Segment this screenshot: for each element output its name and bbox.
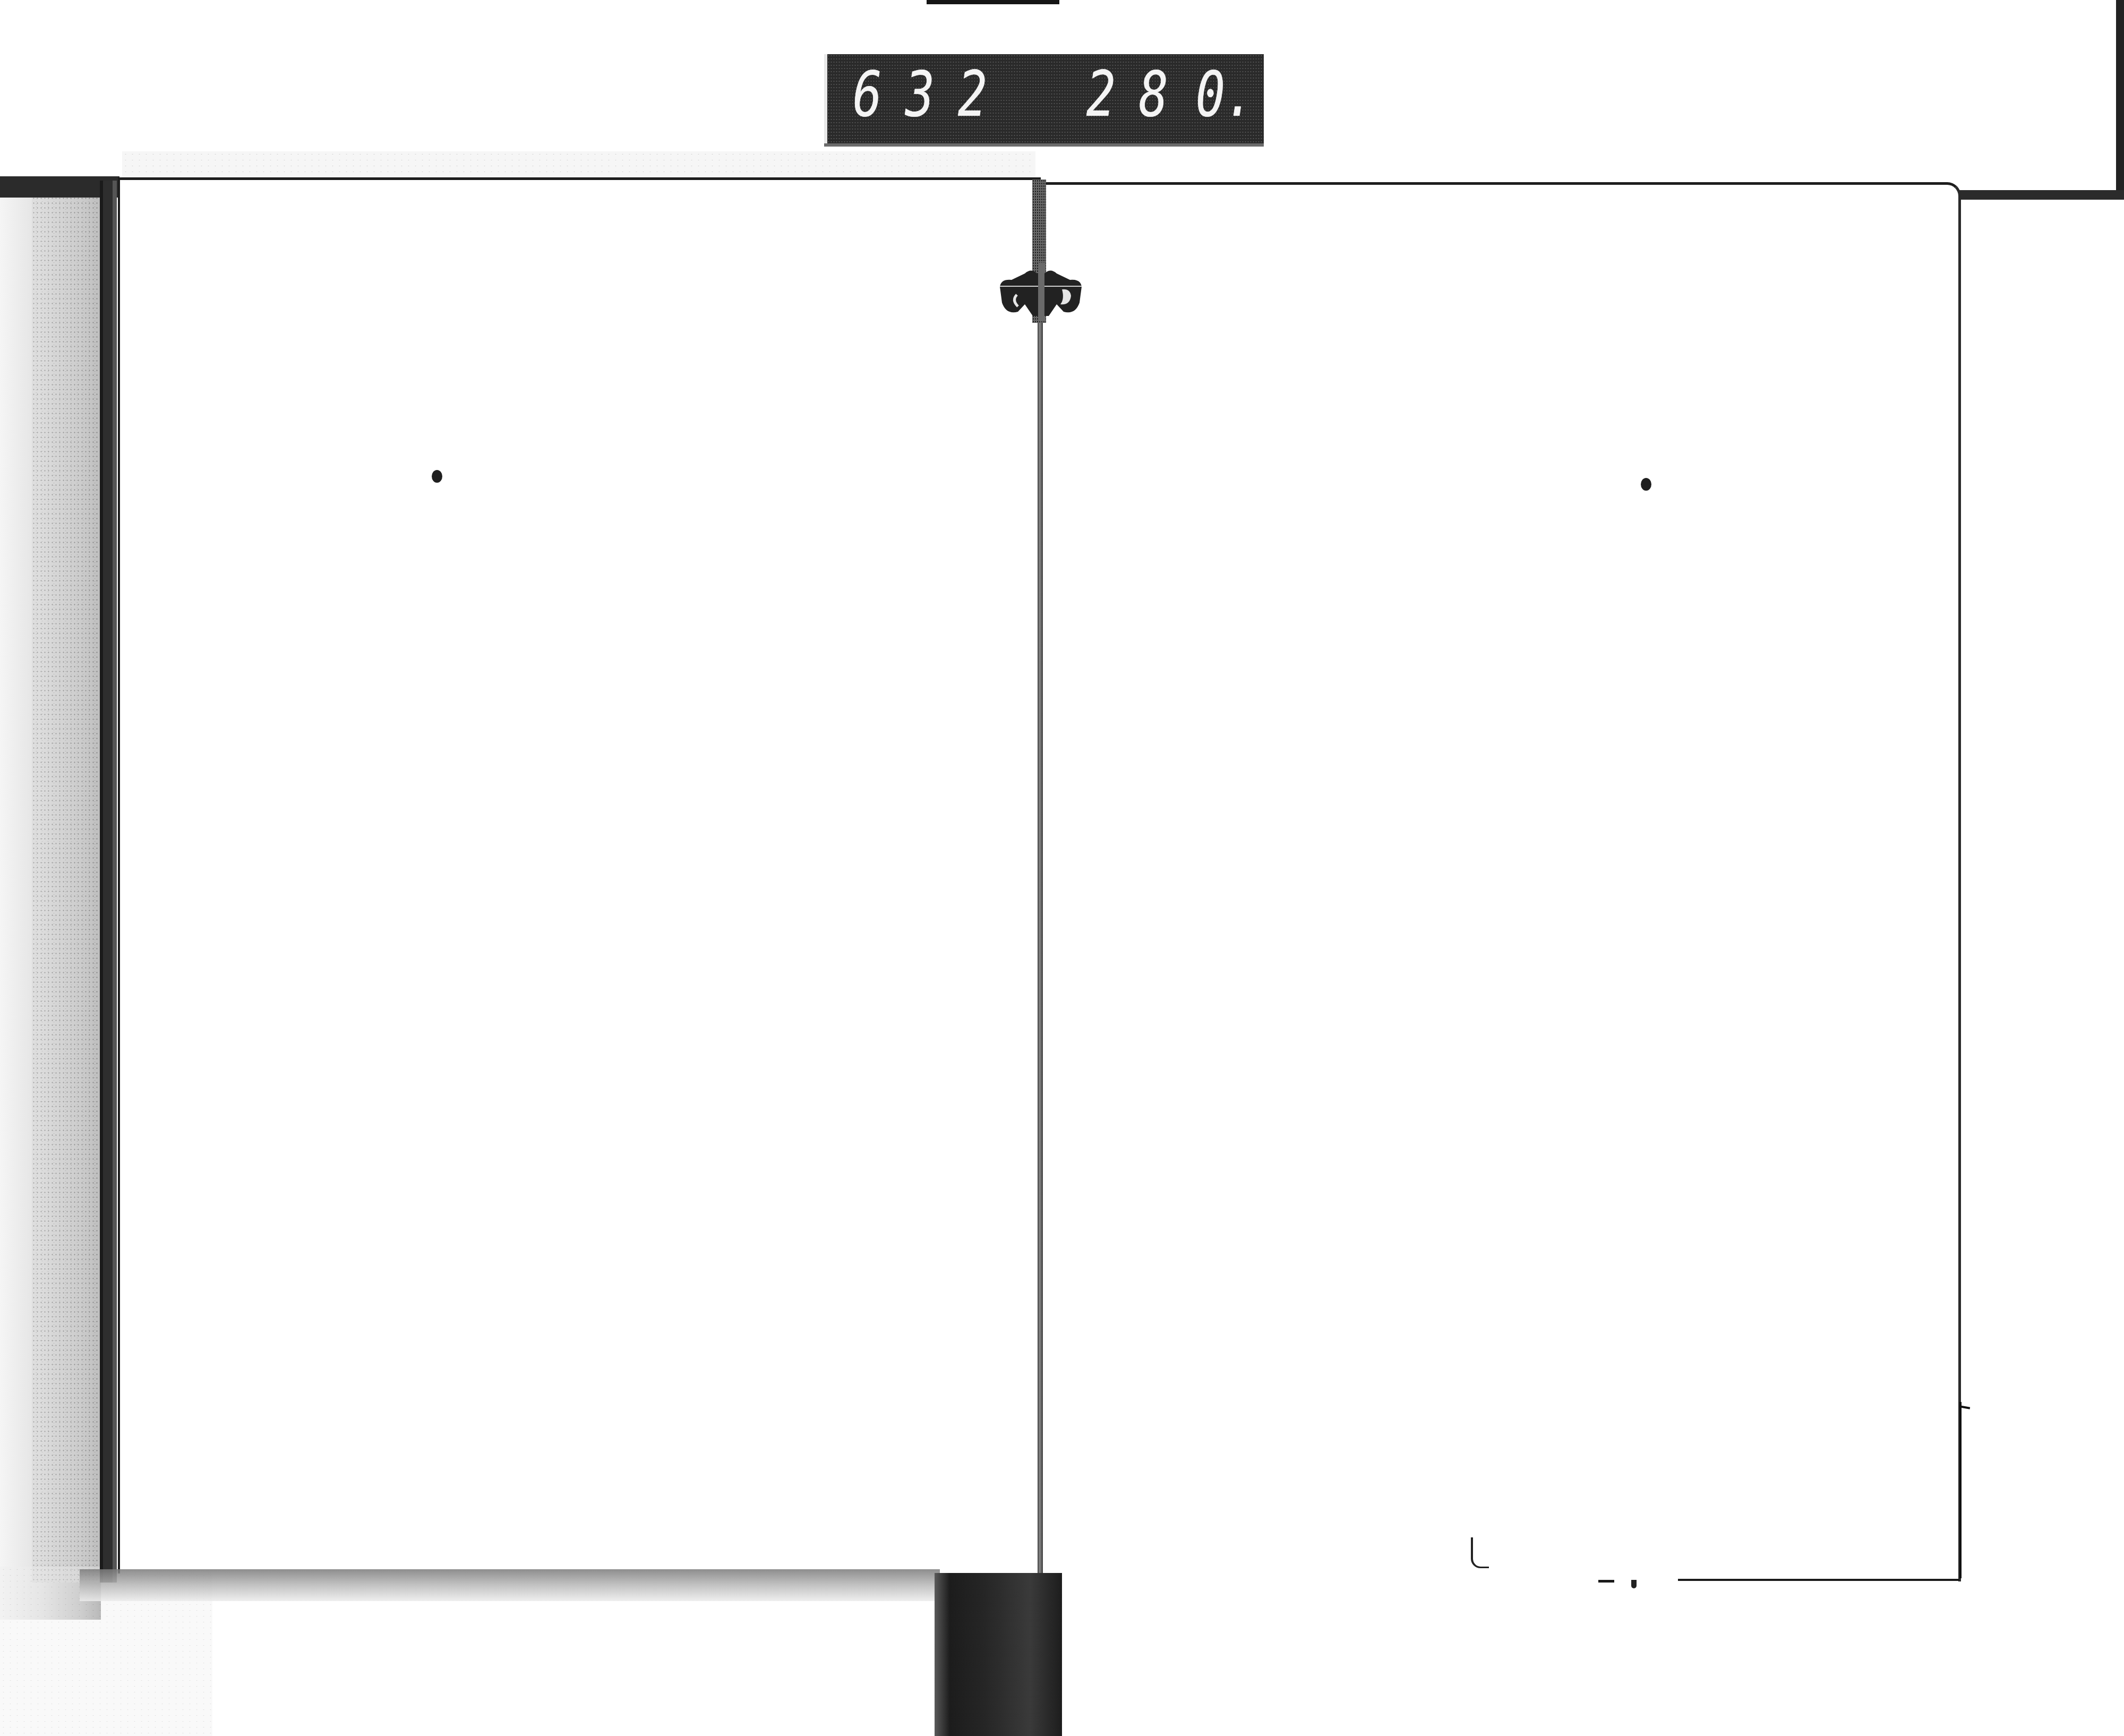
page-right (1044, 182, 1961, 1581)
frame-counter-right: 2 8 0. (1082, 65, 1263, 123)
counter-digit: 8 (1139, 65, 1168, 123)
ink-mark (1631, 1580, 1637, 1588)
frame-counter-left: 6 3 2 (849, 65, 991, 123)
page-bottom-edge-line (1598, 1580, 1614, 1583)
book-cover-right-top-edge (1959, 190, 2124, 200)
film-grain (32, 191, 101, 1583)
counter-digit: 3 (905, 65, 935, 123)
counter-digit: 2 (958, 65, 987, 123)
book-gutter (1038, 181, 1043, 1577)
book-cover-left-edge (100, 181, 117, 1583)
counter-digit: 2 (1086, 65, 1116, 123)
film-right-frame (2116, 0, 2124, 198)
film-top-bar (927, 0, 1059, 4)
book-stand-post (935, 1573, 1062, 1736)
punch-hole-icon (432, 470, 442, 483)
page-bottom-edge-line (1678, 1579, 1959, 1581)
page-edge-line (1959, 1402, 1962, 1578)
book-top-edge-shadow (122, 151, 1035, 178)
page-curl-mark (1471, 1537, 1489, 1568)
book-bottom-shadow (80, 1569, 940, 1601)
page-left (118, 177, 1041, 1573)
frame-counter-display: 6 3 2 2 8 0. (824, 54, 1264, 143)
punch-hole-icon (1641, 478, 1651, 491)
counter-digit: 6 (853, 65, 882, 123)
counter-digit: 0. (1196, 65, 1255, 123)
bookmark-clasp-icon (996, 263, 1086, 321)
